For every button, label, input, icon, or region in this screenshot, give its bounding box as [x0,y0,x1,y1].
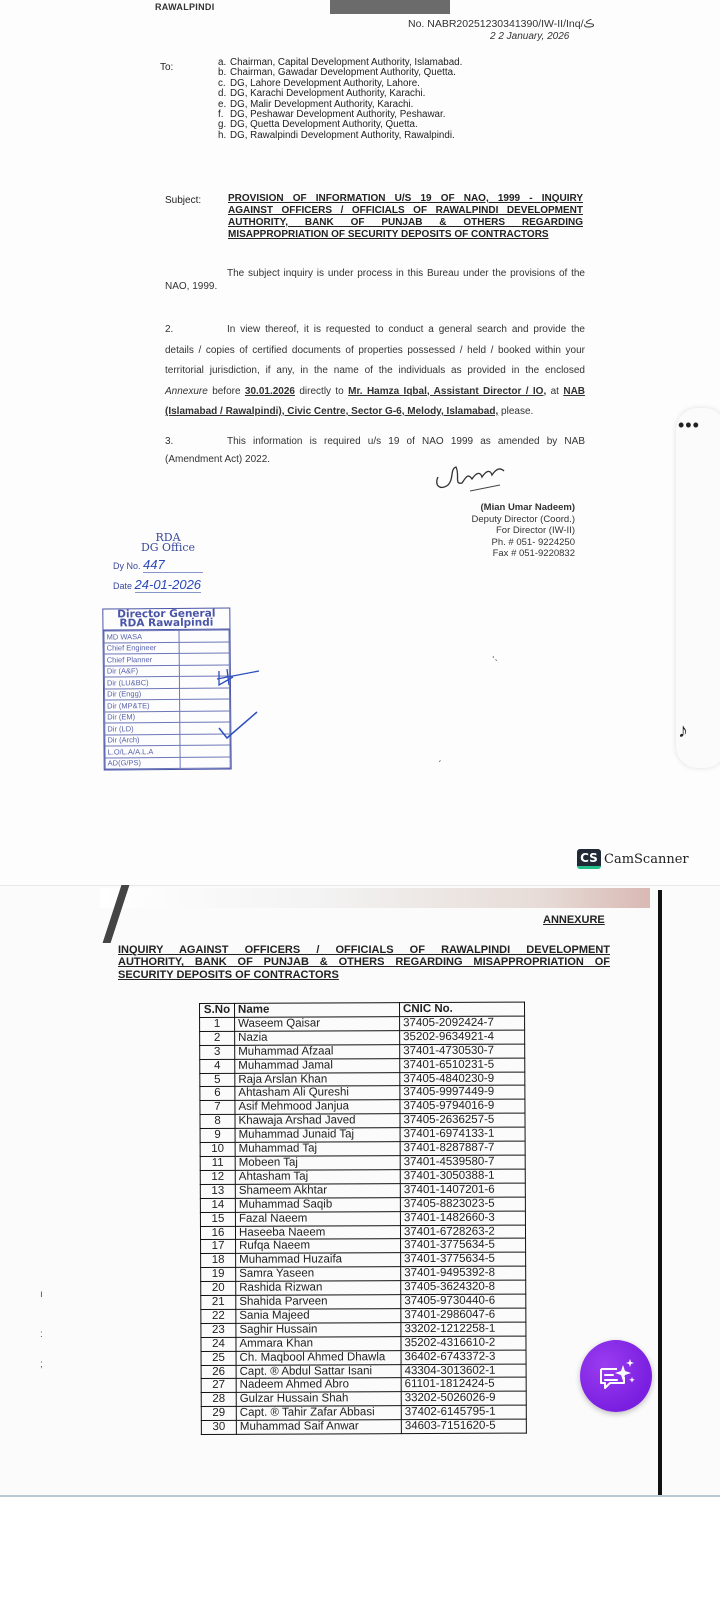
column-header-name: Name [235,1003,400,1018]
table-row: 21Shahida Parveen37405-9730440-6 [201,1294,526,1309]
subject-label: Subject: [165,195,201,206]
table-row: 10Muhammad Taj37401-8287887-7 [200,1141,525,1156]
table-row: 16Haseeba Naeem37401-6728263-2 [200,1225,525,1240]
rda-dg-office-stamp: RDA DG Office Dy No. 447 Date 24-01-2026 [113,533,223,593]
checkmark-icon [215,708,260,743]
letter-date: 2 2 January, 2026 [490,31,569,42]
column-header-cnic: CNIC No. [400,1002,525,1016]
subject-text: PROVISION OF INFORMATION U/S 19 OF NAO, … [228,193,583,241]
routing-stamp: Director GeneralRDA Rawalpindi MD WASACh… [102,607,231,770]
ai-chat-sparkle-icon [596,1357,636,1395]
viewer-bottom-area [0,1495,720,1600]
table-row: 25Ch. Maqbool Ahmed Dhawla36402-6743372-… [201,1350,526,1365]
ai-assistant-button[interactable] [580,1340,652,1412]
table-row: 29Capt. ® Tahir Zafar Abbasi37402-614579… [201,1405,526,1420]
individuals-table: S.No Name CNIC No. 1Waseem Qaisar37405-2… [199,1002,527,1436]
table-row: 9Muhammad Junaid Taj37401-6974133-1 [200,1127,525,1142]
header-city: RAWALPINDI [155,2,215,12]
more-options-icon[interactable]: ••• [678,420,700,430]
table-row: 19Samra Yaseen37401-9495392-8 [201,1266,526,1281]
contact-officer: Mr. Hamza Iqbal, Assistant Director / IO… [348,386,546,397]
table-row: 23Saghir Hussain33202-1212258-1 [201,1322,526,1337]
table-row: 1Waseem Qaisar37405-2092424-7 [200,1016,525,1031]
table-row: 24Ammara Khan35202-4316610-2 [201,1336,526,1351]
table-row: 18Muhammad Huzaifa37401-3775634-5 [201,1252,526,1267]
column-header-sno: S.No [200,1003,235,1017]
to-label: To: [160,62,173,73]
table-row: 7Asif Mehmood Janjua37405-9794016-9 [200,1099,525,1114]
recipient-list: a.Chairman, Capital Development Authorit… [218,58,462,141]
annexure-label: ANNEXURE [543,914,605,926]
recipient-item: h.DG, Rawalpindi Development Authority, … [218,131,462,141]
paragraph-1: The subject inquiry is under process in … [165,267,585,293]
table-row: 20Rashida Rizwan37405-3624320-8 [201,1280,526,1295]
table-row: 27Nadeem Ahmed Abro61101-1812424-5 [201,1378,526,1393]
table-row: 3Muhammad Afzaal37401-4730530-7 [200,1044,525,1059]
routing-table: MD WASAChief EngineerChief PlannerDir (A… [103,629,230,769]
paragraph-2: 2.In view thereof, it is requested to co… [165,320,585,423]
table-row: 6Ahtasham Ali Qureshi37405-9997449-9 [200,1086,525,1101]
table-row: 22Sania Majeed37401-2986047-6 [201,1308,526,1323]
letter-page: RAWALPINDI No. NABR20251230341390/IW-II/… [0,0,720,885]
table-row: 11Mobeen Taj37401-4539580-7 [200,1155,525,1170]
table-row: 17Rufqa Naeem37401-3775634-5 [201,1238,526,1253]
table-row: 26Capt. ® Abdul Sattar Isani43304-301360… [201,1364,526,1379]
routing-row: AD(G/PS) [105,756,230,769]
table-row: 15Fazal Naeem37401-1482660-3 [200,1211,525,1226]
table-row: 30Muhammad Saif Anwar34603-7151620-5 [201,1419,526,1434]
stamp-date: 24-01-2026 [135,577,202,593]
deadline-date: 30.01.2026 [245,386,295,397]
table-row: 2Nazia35202-9634921-4 [200,1030,525,1045]
table-row: 14Muhammad Saqib37405-8823023-5 [200,1197,525,1212]
handwritten-mark [213,665,263,687]
table-row: 13Shameem Akhtar37401-1407201-6 [200,1183,525,1198]
reference-number: No. NABR20251230341390/IW-II/Inq/ڪ [408,18,595,30]
table-row: 28Gulzar Hussain Shah33202-5026026-9 [201,1391,526,1406]
redacted-header [330,0,450,14]
camscanner-logo-icon: CS [577,849,601,869]
table-row: 4Muhammad Jamal37401-6510231-5 [200,1058,525,1073]
para-2-number: 2. [165,320,227,341]
annexure-heading: INQUIRY AGAINST OFFICERS / OFFICIALS OF … [118,944,610,981]
signatory-block: (Mian Umar Nadeem) Deputy Director (Coor… [430,502,575,560]
table-row: 5Raja Arslan Khan37405-4840230-9 [200,1072,525,1087]
table-row: 8Khawaja Arshad Javed37405-2636257-5 [200,1113,525,1128]
signature-scribble [430,455,540,495]
camscanner-watermark: CS CamScanner [577,849,689,869]
diary-number: 447 [143,557,203,573]
floating-side-panel[interactable] [676,408,720,768]
music-note-icon[interactable]: ♪ [678,720,688,743]
table-row: 12Ahtasham Taj37401-3050388-1 [200,1169,525,1184]
